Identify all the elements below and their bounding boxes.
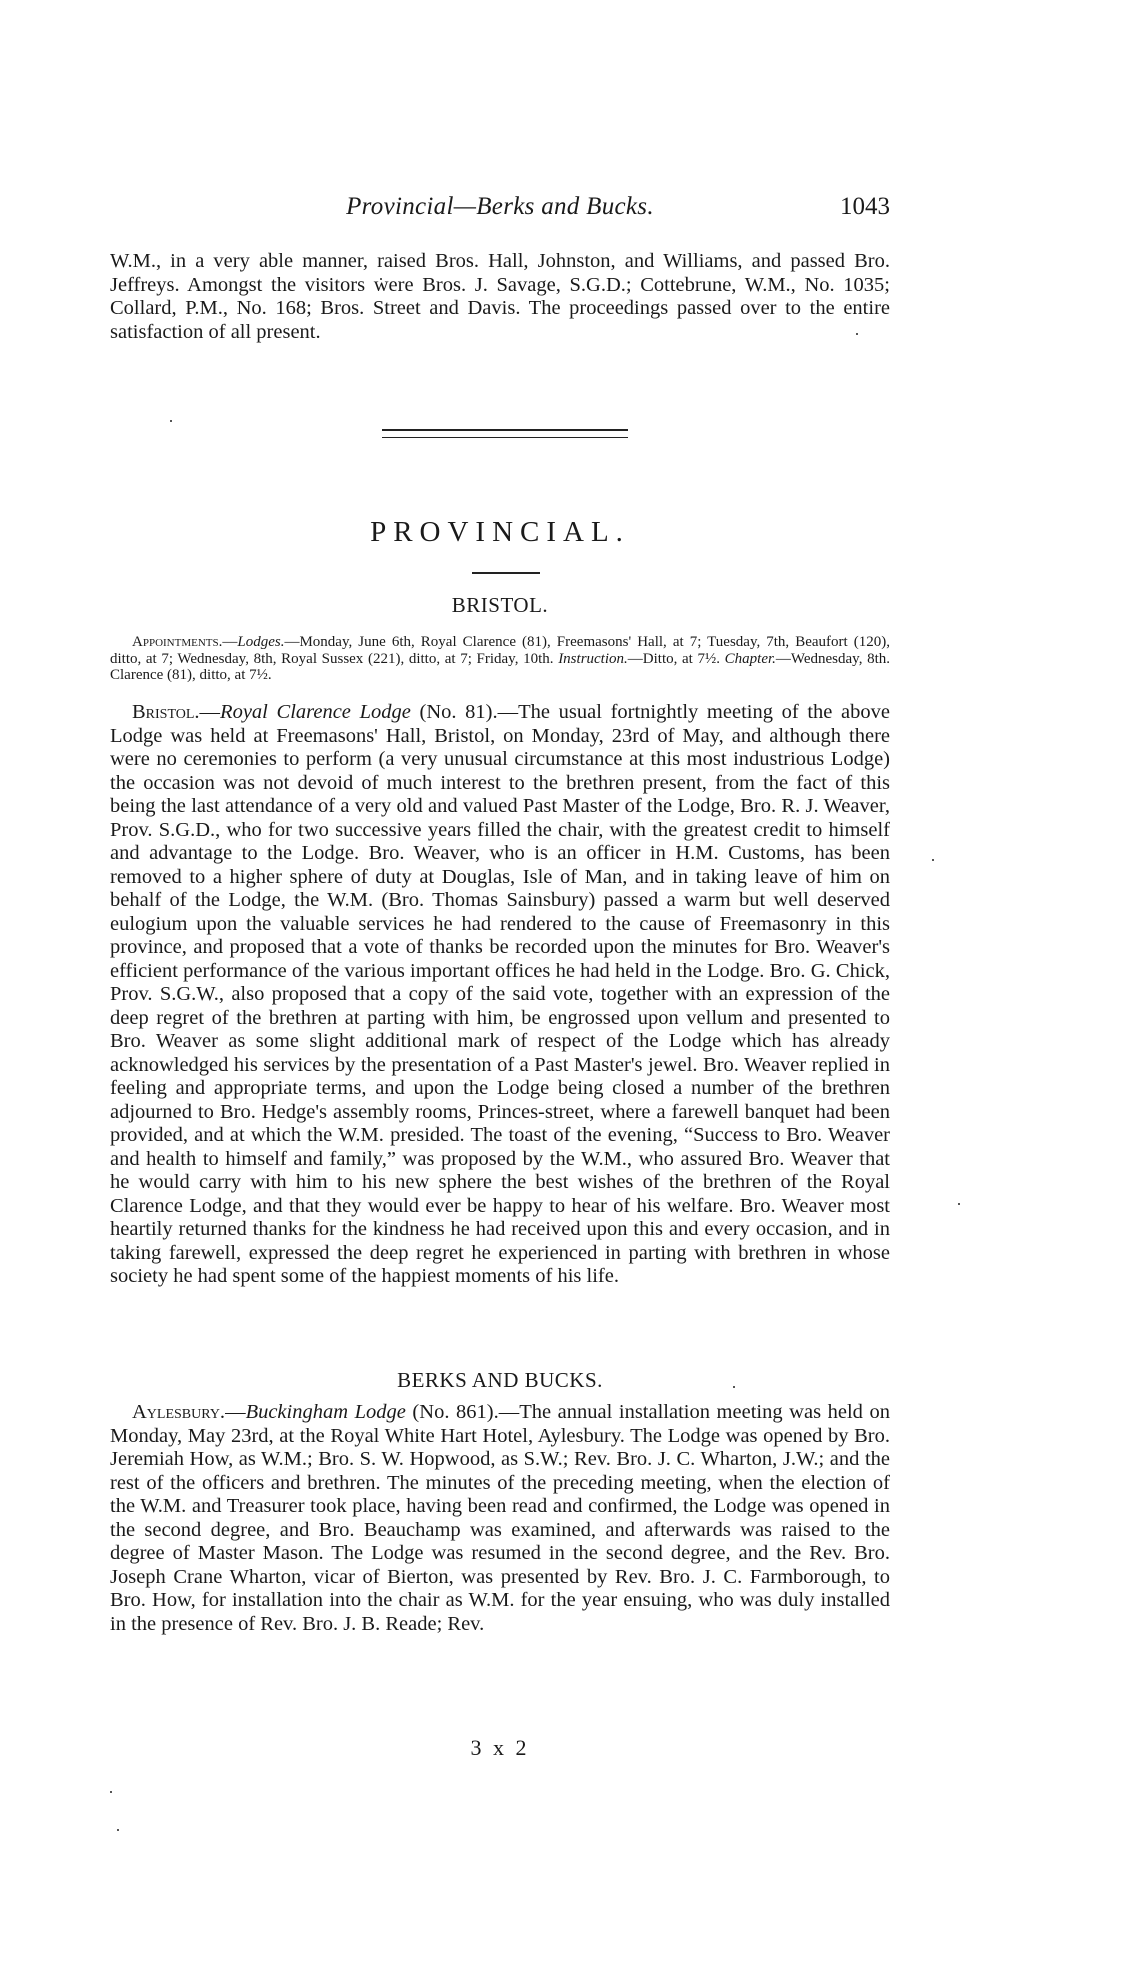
scan-speck: [117, 1829, 119, 1831]
scan-speck: [170, 420, 172, 422]
scan-speck: [733, 1386, 735, 1388]
bristol-report-place: Bristol.: [132, 701, 200, 723]
bristol-report-lodge: Royal Clarence Lodge: [220, 701, 411, 723]
continued-paragraph: W.M., in a very able manner, raised Bros…: [110, 250, 890, 344]
chapter-label: Chapter.: [725, 651, 776, 667]
continued-paragraph-text: W.M., in a very able manner, raised Bros…: [110, 250, 890, 344]
scan-speck: [958, 1203, 960, 1205]
berks-and-bucks-heading: BERKS AND BUCKS.: [0, 1368, 1000, 1392]
bristol-appointments: Appointments.—Lodges.—Monday, June 6th, …: [110, 634, 890, 684]
scan-speck: [110, 1791, 112, 1793]
signature-mark: 3 x 2: [0, 1736, 1000, 1760]
section-title: PROVINCIAL.: [0, 516, 1000, 548]
scan-speck: [380, 278, 382, 280]
page-number: 1043: [840, 193, 890, 221]
dash: —: [200, 701, 221, 723]
running-head: Provincial—Berks and Bucks. 1043: [110, 193, 890, 221]
running-title: Provincial—Berks and Bucks.: [110, 193, 890, 221]
aylesbury-report: Aylesbury.—Buckingham Lodge (No. 861).—T…: [110, 1401, 890, 1636]
dash: —: [225, 1401, 246, 1423]
bristol-report-text: (No. 81).—The usual fortnightly meeting …: [110, 701, 890, 1287]
dash: —: [222, 634, 237, 650]
appointments-lead: Appointments.: [132, 634, 222, 650]
bristol-heading: BRISTOL.: [0, 593, 1000, 617]
bristol-report: Bristol.—Royal Clarence Lodge (No. 81).—…: [110, 701, 890, 1289]
aylesbury-report-place: Aylesbury.: [132, 1401, 225, 1423]
short-rule-divider: [472, 572, 540, 574]
section-divider-double-rule: [382, 429, 628, 438]
instruction-text: —Ditto, at 7½.: [628, 651, 720, 667]
aylesbury-report-text: (No. 861).—The annual installation meeti…: [110, 1401, 890, 1635]
lodges-label: Lodges.: [237, 634, 284, 650]
scan-speck: [856, 333, 858, 335]
aylesbury-report-paragraph: Aylesbury.—Buckingham Lodge (No. 861).—T…: [110, 1401, 890, 1636]
aylesbury-report-lodge: Buckingham Lodge: [246, 1401, 406, 1423]
scan-speck: [932, 859, 934, 861]
appointments-text: Appointments.—Lodges.—Monday, June 6th, …: [110, 634, 890, 684]
instruction-label: Instruction.: [558, 651, 628, 667]
bristol-report-paragraph: Bristol.—Royal Clarence Lodge (No. 81).—…: [110, 701, 890, 1289]
